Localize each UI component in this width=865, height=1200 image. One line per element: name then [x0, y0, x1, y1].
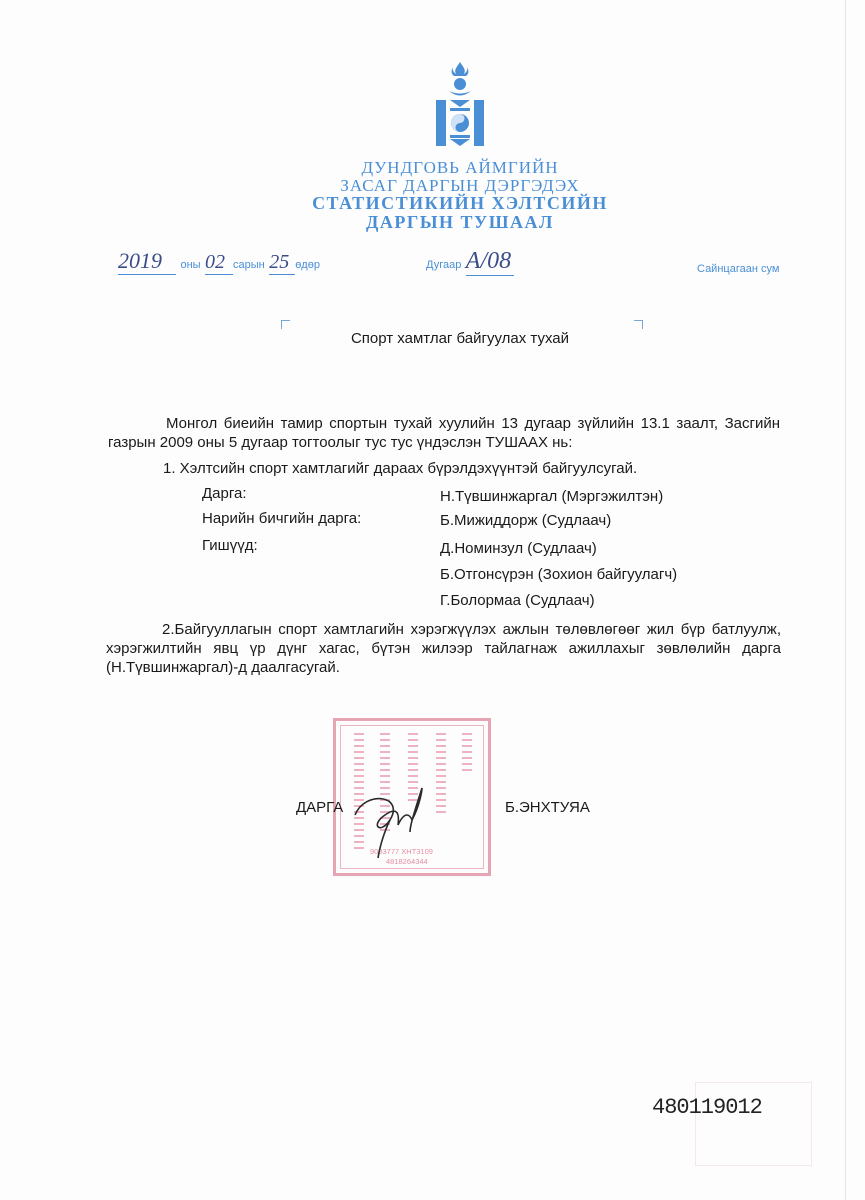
- member-role-1: Дарга:: [202, 485, 247, 502]
- item-1: 1. Хэлтсийн спорт хамтлагийг дараах бүрэ…: [163, 459, 783, 478]
- number-handwritten: А/08: [466, 248, 514, 276]
- member-name-5: Г.Болормаа (Судлаач): [440, 592, 595, 609]
- day-label: өдөр: [295, 259, 320, 271]
- handwritten-signature-icon: [350, 770, 440, 865]
- member-role-3: Гишүүд:: [202, 537, 258, 554]
- soyombo-emblem-icon: [432, 60, 488, 150]
- year-handwritten: 2019: [118, 248, 176, 275]
- month-label: сарын: [233, 259, 265, 271]
- number-label: Дугаар: [426, 259, 461, 271]
- member-name-4: Б.Отгонсүрэн (Зохион байгуулагч): [440, 566, 677, 583]
- signer-name: Б.ЭНХТУЯА: [505, 799, 590, 816]
- corner-mark-left: [281, 320, 290, 329]
- date-line: 2019 оны 02сарын 25өдөр: [118, 248, 338, 278]
- item-2: 2.Байгууллагын спорт хамтлагийн хэрэгжүү…: [106, 620, 781, 677]
- order-number-line: Дугаар А/08: [426, 248, 586, 276]
- header-line-1: ДУНДГОВЬ АЙМГИЙН: [200, 158, 720, 178]
- signer-position: ДАРГА: [296, 799, 343, 816]
- header-line-3: СТАТИСТИКИЙН ХЭЛТСИЙН: [200, 193, 720, 214]
- corner-mark-right: [634, 320, 643, 329]
- month-handwritten: 02: [205, 251, 233, 275]
- header-line-4: ДАРГЫН ТУШААЛ: [200, 212, 720, 233]
- member-name-1: Н.Түвшинжаргал (Мэргэжилтэн): [440, 488, 663, 505]
- year-label: оны: [180, 259, 200, 271]
- member-name-2: Б.Мижиддорж (Судлаач): [440, 512, 611, 529]
- page-edge: [845, 0, 846, 1200]
- member-name-3: Д.Номинзул (Судлаач): [440, 540, 597, 557]
- place-label: Сайнцагаан сум: [697, 263, 779, 275]
- day-handwritten: 25: [269, 251, 295, 275]
- document-title: Спорт хамтлаг байгуулах тухай: [300, 330, 620, 347]
- serial-number: 480119012: [652, 1095, 762, 1120]
- intro-paragraph: Монгол биеийн тамир спортын тухай хуулий…: [108, 414, 780, 452]
- member-role-2: Нарийн бичгийн дарга:: [202, 510, 361, 527]
